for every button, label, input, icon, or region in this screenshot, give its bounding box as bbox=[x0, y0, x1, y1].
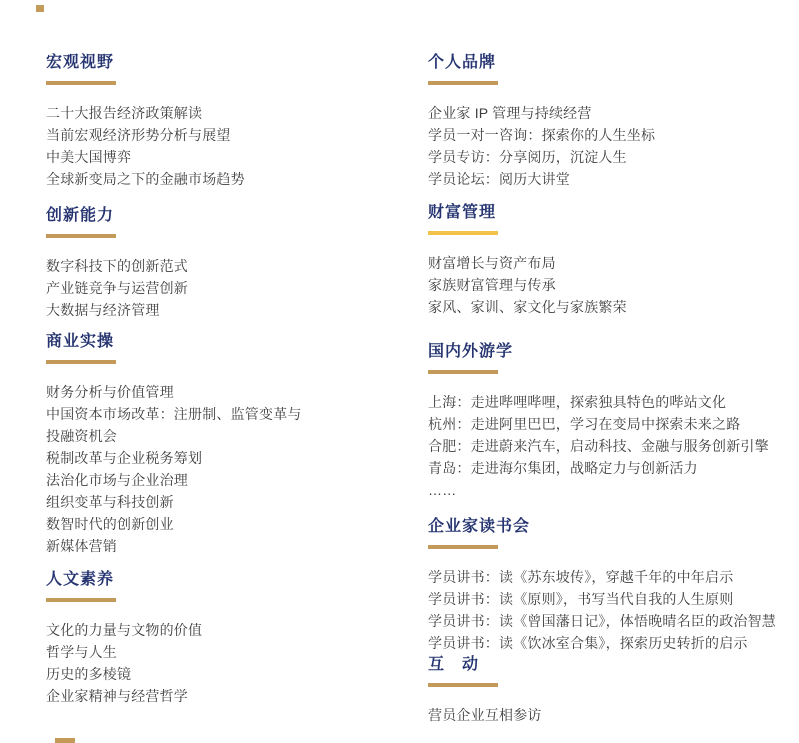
list-item: 当前宏观经济形势分析与展望 bbox=[46, 124, 428, 146]
list-item: 家风、家训、家文化与家族繁荣 bbox=[428, 296, 799, 318]
section-items: 二十大报告经济政策解读当前宏观经济形势分析与展望中美大国博弈全球新变局之下的金融… bbox=[46, 102, 428, 190]
section: 个人品牌 企业家 IP 管理与持续经营学员一对一咨询：探索你的人生坐标学员专访：… bbox=[428, 55, 799, 190]
section-underline bbox=[428, 370, 498, 374]
section-underline bbox=[428, 683, 498, 687]
bottom-ornament-fragment bbox=[55, 738, 75, 743]
list-item: 学员讲书：读《曾国藩日记》，体悟晚晴名臣的政治智慧 bbox=[428, 610, 799, 632]
list-item: 企业家精神与经营哲学 bbox=[46, 685, 428, 707]
section-items: 财务分析与价值管理中国资本市场改革：注册制、监管变革与 投融资机会税制改革与企业… bbox=[46, 381, 428, 557]
section-items: 财富增长与资产布局家族财富管理与传承家风、家训、家文化与家族繁荣 bbox=[428, 252, 799, 318]
list-item: 学员讲书：读《苏东坡传》，穿越千年的中年启示 bbox=[428, 566, 799, 588]
list-item: 大数据与经济管理 bbox=[46, 299, 428, 321]
section-underline bbox=[428, 545, 498, 549]
list-item: …… bbox=[428, 479, 799, 501]
list-item: 中国资本市场改革：注册制、监管变革与 投融资机会 bbox=[46, 403, 428, 447]
list-item: 财富增长与资产布局 bbox=[428, 252, 799, 274]
right-column: 个人品牌 企业家 IP 管理与持续经营学员一对一咨询：探索你的人生坐标学员专访：… bbox=[428, 55, 799, 726]
section-underline bbox=[46, 598, 116, 602]
section-items: 文化的力量与文物的价值哲学与人生历史的多棱镜企业家精神与经营哲学 bbox=[46, 619, 428, 707]
left-column: 宏观视野 二十大报告经济政策解读当前宏观经济形势分析与展望中美大国博弈全球新变局… bbox=[46, 55, 428, 707]
list-item: 历史的多棱镜 bbox=[46, 663, 428, 685]
section-underline bbox=[46, 360, 116, 364]
section-title: 互 动 bbox=[428, 657, 799, 673]
list-item: 家族财富管理与传承 bbox=[428, 274, 799, 296]
list-item: 法治化市场与企业治理 bbox=[46, 469, 428, 491]
section-title: 财富管理 bbox=[428, 205, 799, 221]
section-underline bbox=[428, 81, 498, 85]
section: 商业实操 财务分析与价值管理中国资本市场改革：注册制、监管变革与 投融资机会税制… bbox=[46, 334, 428, 557]
list-item: 组织变革与科技创新 bbox=[46, 491, 428, 513]
list-item: 学员讲书：读《饮冰室合集》，探索历史转折的启示 bbox=[428, 632, 799, 654]
section-title: 个人品牌 bbox=[428, 55, 799, 71]
corner-ornament-fragment bbox=[36, 5, 44, 12]
list-item: 数智时代的创新创业 bbox=[46, 513, 428, 535]
list-item: 企业家 IP 管理与持续经营 bbox=[428, 102, 799, 124]
section: 财富管理 财富增长与资产布局家族财富管理与传承家风、家训、家文化与家族繁荣 bbox=[428, 205, 799, 318]
list-item: 哲学与人生 bbox=[46, 641, 428, 663]
section: 国内外游学 上海：走进哔哩哔哩，探索独具特色的哔站文化杭州：走进阿里巴巴，学习在… bbox=[428, 344, 799, 501]
list-item: 全球新变局之下的金融市场趋势 bbox=[46, 168, 428, 190]
section-underline bbox=[428, 231, 498, 235]
section: 创新能力 数字科技下的创新范式产业链竞争与运营创新大数据与经济管理 bbox=[46, 208, 428, 321]
list-item: 中美大国博弈 bbox=[46, 146, 428, 168]
list-item: 青岛：走进海尔集团，战略定力与创新活力 bbox=[428, 457, 799, 479]
list-item: 营员企业互相参访 bbox=[428, 704, 799, 726]
section-title: 国内外游学 bbox=[428, 344, 799, 360]
list-item: 文化的力量与文物的价值 bbox=[46, 619, 428, 641]
section-items: 上海：走进哔哩哔哩，探索独具特色的哔站文化杭州：走进阿里巴巴，学习在变局中探索未… bbox=[428, 391, 799, 501]
list-item: 财务分析与价值管理 bbox=[46, 381, 428, 403]
section-items: 数字科技下的创新范式产业链竞争与运营创新大数据与经济管理 bbox=[46, 255, 428, 321]
list-item: 税制改革与企业税务筹划 bbox=[46, 447, 428, 469]
list-item: 产业链竞争与运营创新 bbox=[46, 277, 428, 299]
list-item: 新媒体营销 bbox=[46, 535, 428, 557]
list-item: 学员讲书：读《原则》，书写当代自我的人生原则 bbox=[428, 588, 799, 610]
list-item: 学员论坛：阅历大讲堂 bbox=[428, 168, 799, 190]
section-items: 企业家 IP 管理与持续经营学员一对一咨询：探索你的人生坐标学员专访：分享阅历，… bbox=[428, 102, 799, 190]
section-items: 营员企业互相参访 bbox=[428, 704, 799, 726]
list-item: 学员一对一咨询：探索你的人生坐标 bbox=[428, 124, 799, 146]
section-title: 宏观视野 bbox=[46, 55, 428, 71]
list-item: 杭州：走进阿里巴巴，学习在变局中探索未来之路 bbox=[428, 413, 799, 435]
section-underline bbox=[46, 234, 116, 238]
list-item: 二十大报告经济政策解读 bbox=[46, 102, 428, 124]
list-item: 上海：走进哔哩哔哩，探索独具特色的哔站文化 bbox=[428, 391, 799, 413]
section: 人文素养 文化的力量与文物的价值哲学与人生历史的多棱镜企业家精神与经营哲学 bbox=[46, 572, 428, 707]
section-title: 创新能力 bbox=[46, 208, 428, 224]
content-columns: 宏观视野 二十大报告经济政策解读当前宏观经济形势分析与展望中美大国博弈全球新变局… bbox=[46, 55, 799, 726]
section-title: 人文素养 bbox=[46, 572, 428, 588]
section: 宏观视野 二十大报告经济政策解读当前宏观经济形势分析与展望中美大国博弈全球新变局… bbox=[46, 55, 428, 190]
section-title: 商业实操 bbox=[46, 334, 428, 350]
section: 企业家读书会 学员讲书：读《苏东坡传》，穿越千年的中年启示学员讲书：读《原则》，… bbox=[428, 519, 799, 654]
section: 互 动 营员企业互相参访 bbox=[428, 657, 799, 726]
list-item: 数字科技下的创新范式 bbox=[46, 255, 428, 277]
section-items: 学员讲书：读《苏东坡传》，穿越千年的中年启示学员讲书：读《原则》，书写当代自我的… bbox=[428, 566, 799, 654]
section-underline bbox=[46, 81, 116, 85]
section-title: 企业家读书会 bbox=[428, 519, 799, 535]
list-item: 合肥：走进蔚来汽车，启动科技、金融与服务创新引擎 bbox=[428, 435, 799, 457]
list-item: 学员专访：分享阅历，沉淀人生 bbox=[428, 146, 799, 168]
